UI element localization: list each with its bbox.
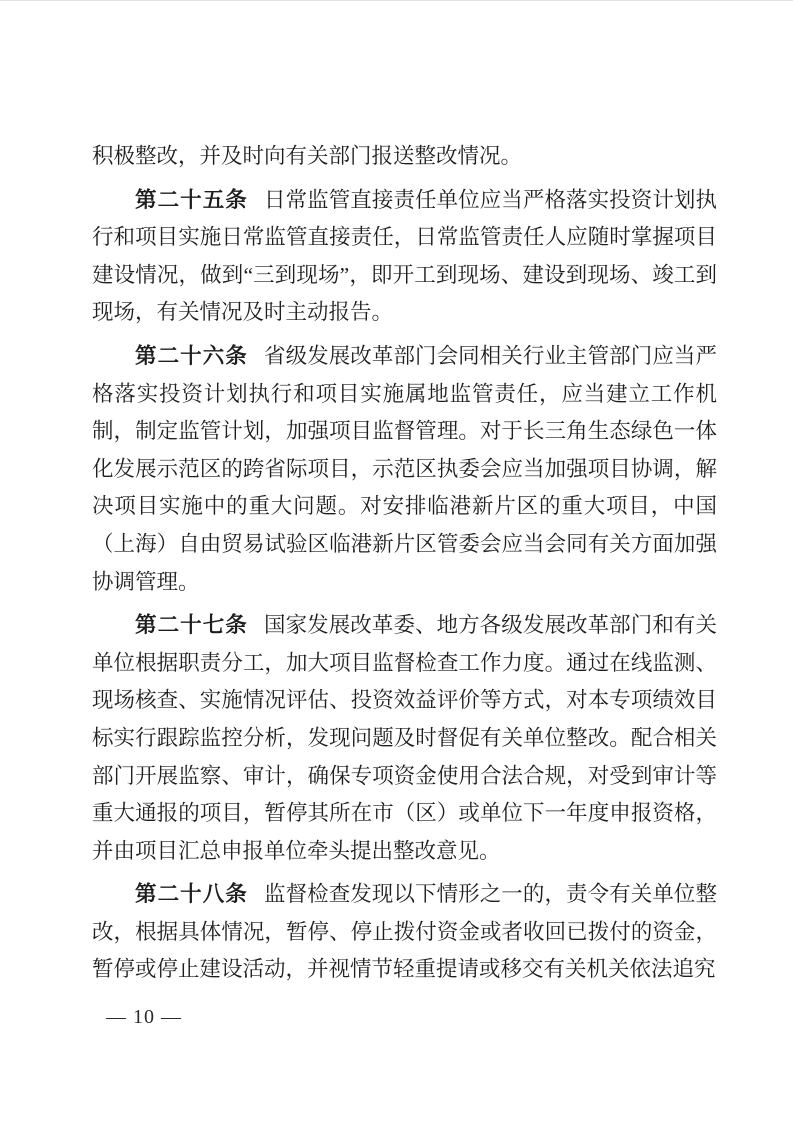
article-26-body-text: 省级发展改革部门会同相关行业主管部门应当严格落实投资计划执行和项目实施属地监管责… <box>92 344 717 594</box>
article-28-heading: 第二十八条 <box>135 882 248 906</box>
article-paragraph-26: 第二十六条省级发展改革部门会同相关行业主管部门应当严格落实投资计划执行和项目实施… <box>92 338 717 601</box>
document-body: 积极整改，并及时向有关部门报送整改情况。 第二十五条日常监管直接责任单位应当严格… <box>92 138 717 989</box>
article-25-heading: 第二十五条 <box>135 188 248 212</box>
article-paragraph-25: 第二十五条日常监管直接责任单位应当严格落实投资计划执行和项目实施日常监管直接责任… <box>92 182 717 332</box>
article-26-heading: 第二十六条 <box>135 344 248 368</box>
page-top-edge-divider <box>0 0 793 1</box>
page-number-footer: — 10 — <box>106 1003 182 1031</box>
article-paragraph-27: 第二十七条国家发展改革委、地方各级发展改革部门和有关单位根据职责分工，加大项目监… <box>92 607 717 870</box>
article-27-body-text: 国家发展改革委、地方各级发展改革部门和有关单位根据职责分工，加大项目监督检查工作… <box>92 613 717 863</box>
article-27-heading: 第二十七条 <box>135 613 248 637</box>
continuation-paragraph: 积极整改，并及时向有关部门报送整改情况。 <box>92 138 717 176</box>
document-page: 积极整改，并及时向有关部门报送整改情况。 第二十五条日常监管直接责任单位应当严格… <box>0 0 793 1122</box>
article-paragraph-28: 第二十八条监督检查发现以下情形之一的，责令有关单位整改，根据具体情况，暂停、停止… <box>92 876 717 989</box>
